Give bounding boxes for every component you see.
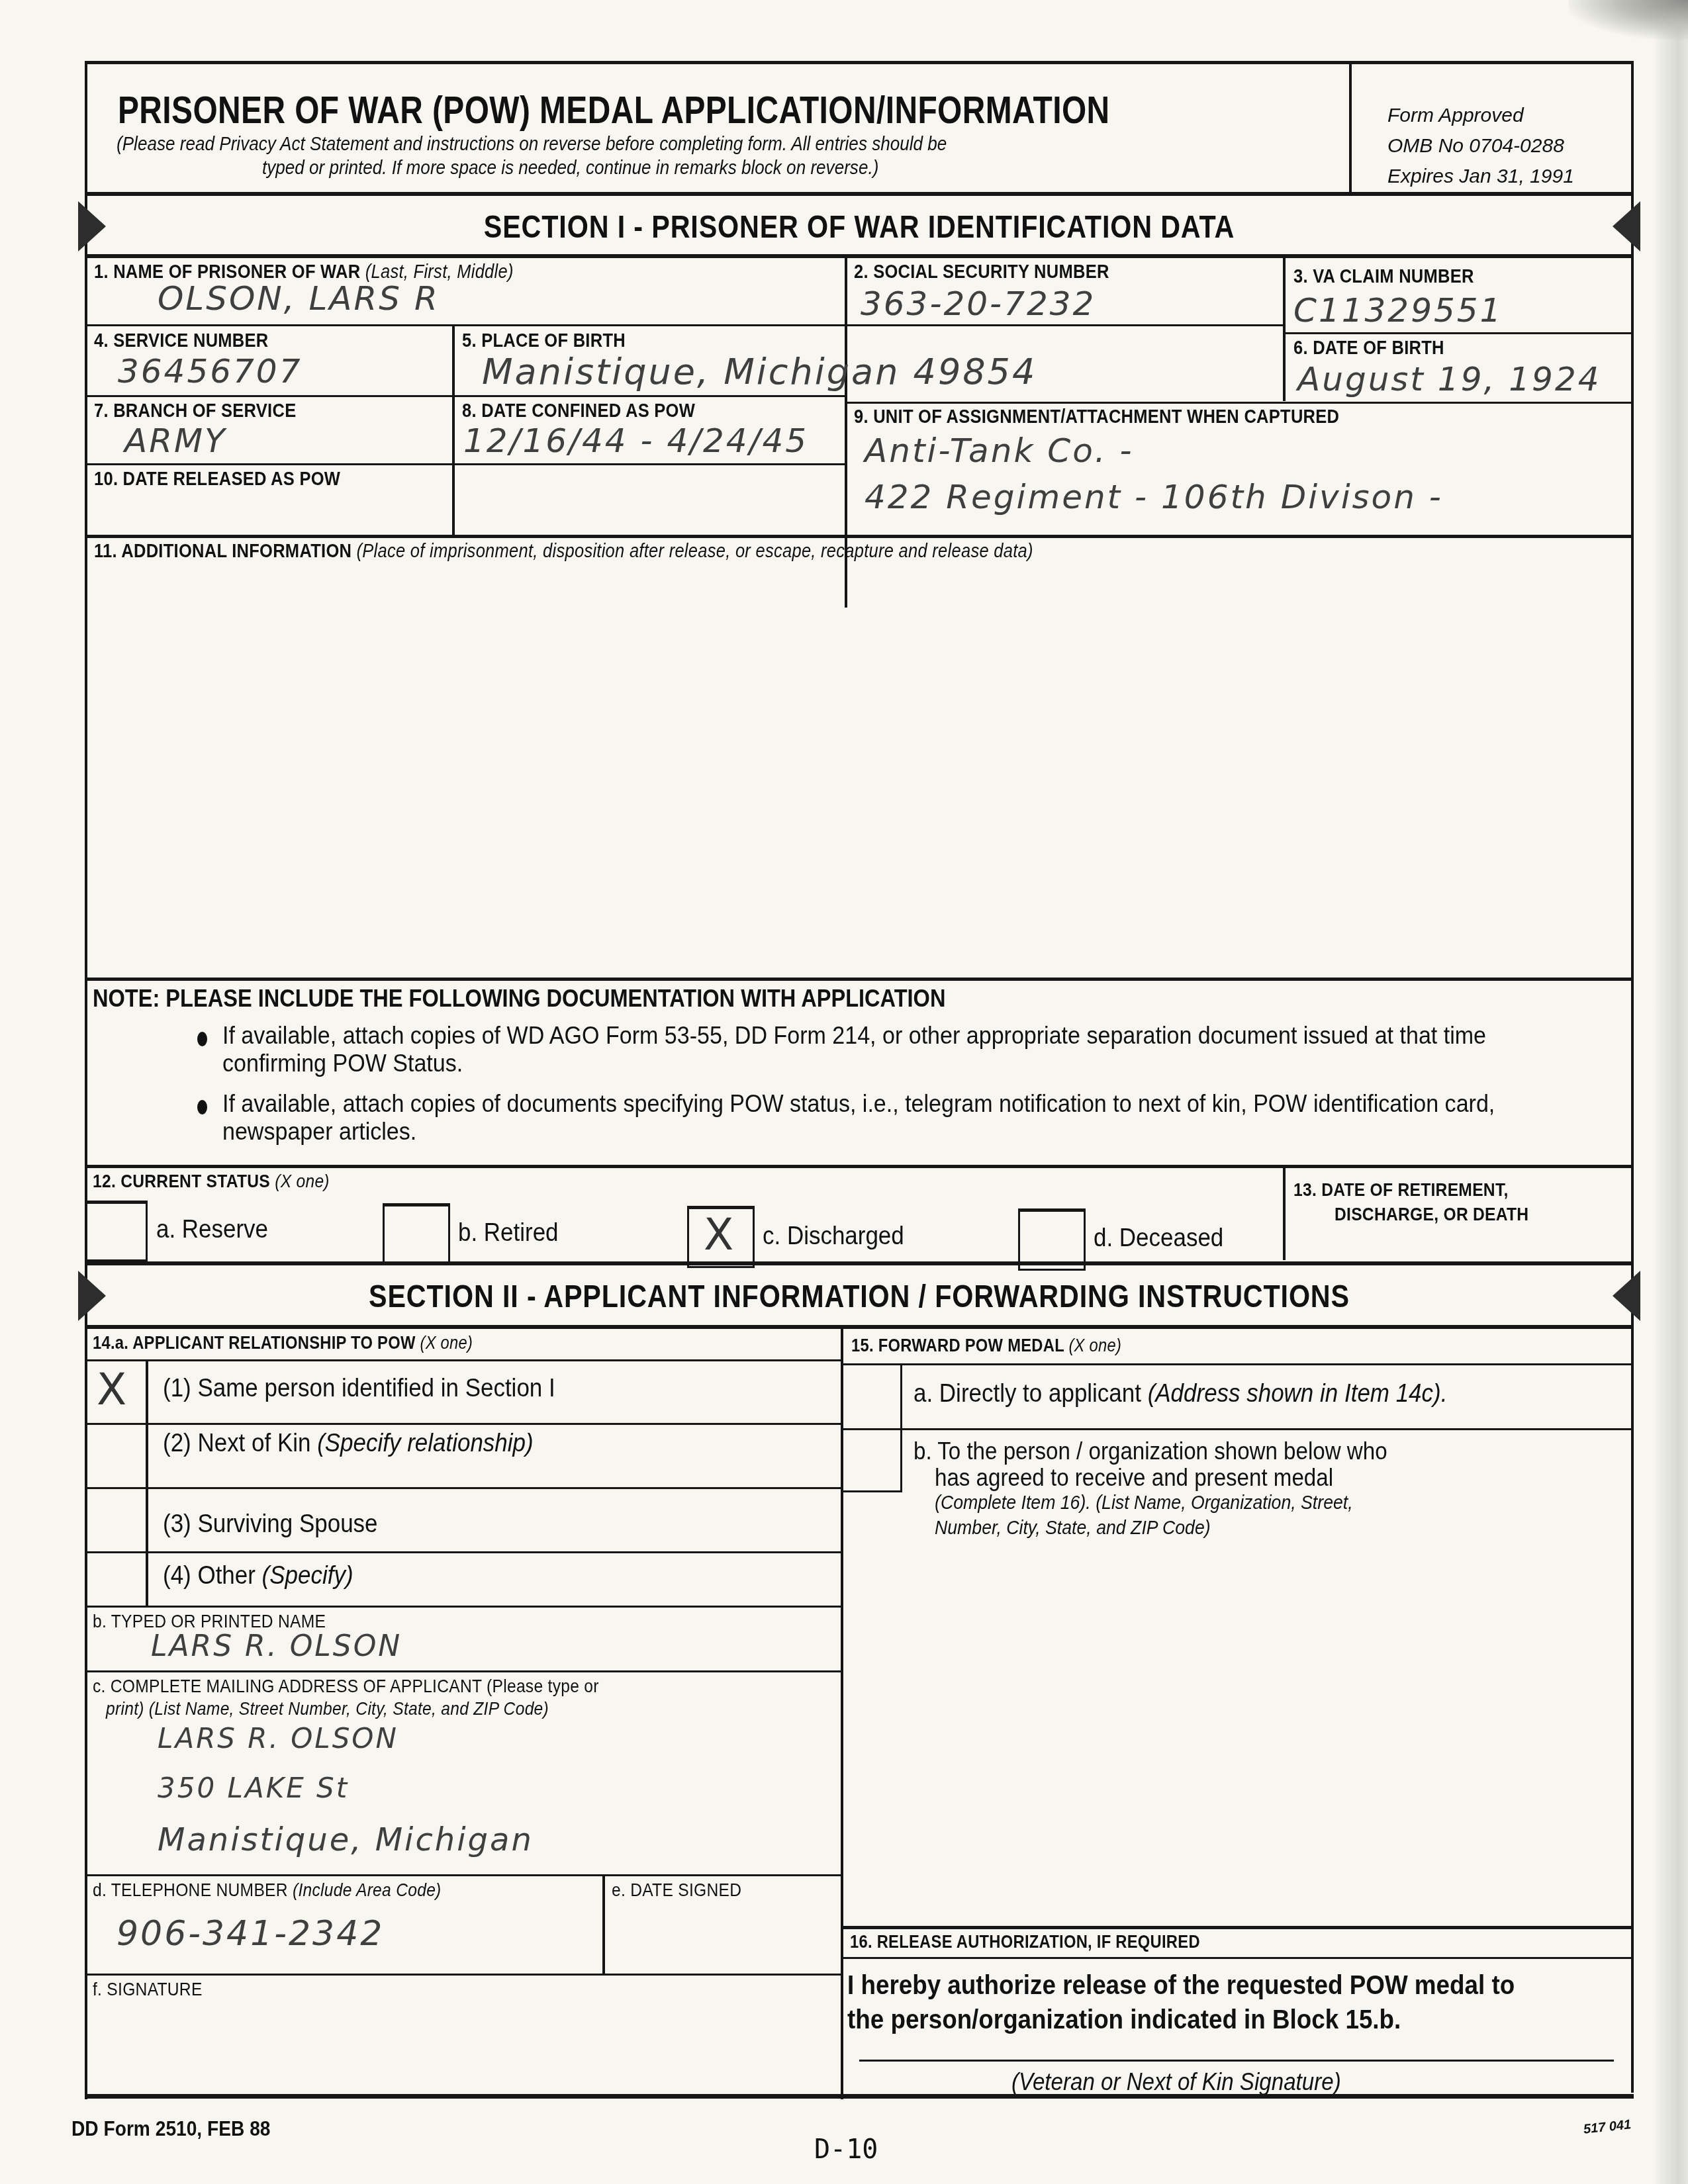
signature-field[interactable] xyxy=(93,2007,834,2086)
divider xyxy=(85,1325,1634,1329)
relationship-same-person-label: (1) Same person identified in Section I xyxy=(163,1375,555,1403)
form-approved-text: Form Approved xyxy=(1387,101,1574,131)
divider xyxy=(85,395,845,397)
forward-to-organization-checkbox[interactable] xyxy=(841,1431,900,1492)
date-confined-label: 8. DATE CONFINED AS POW xyxy=(462,400,695,422)
divider xyxy=(1283,257,1286,401)
form-top-border xyxy=(85,61,1634,64)
divider xyxy=(85,1670,841,1672)
section2-title: SECTION II - APPLICANT INFORMATION / FOR… xyxy=(193,1279,1525,1315)
forward-direct-checkbox[interactable] xyxy=(841,1365,900,1428)
forward-to-organization-label-line2: has agreed to receive and present medal xyxy=(935,1464,1333,1492)
page-label: D-10 xyxy=(814,2134,878,2165)
divider xyxy=(1283,1166,1286,1260)
forward-medal-label: 15. FORWARD POW MEDAL (X one) xyxy=(851,1336,1121,1356)
relationship-label: 14.a. APPLICANT RELATIONSHIP TO POW (X o… xyxy=(93,1333,473,1353)
service-number-field[interactable]: 36456707 xyxy=(118,352,303,390)
divider xyxy=(85,1487,841,1489)
section1-banner: SECTION I - PRISONER OF WAR IDENTIFICATI… xyxy=(85,196,1634,255)
status-retired-label: b. Retired xyxy=(458,1219,559,1248)
current-status-label: 12. CURRENT STATUS (X one) xyxy=(93,1171,330,1192)
checkbox-mark: X xyxy=(704,1209,733,1260)
relationship-next-of-kin-label: (2) Next of Kin (Specify relationship) xyxy=(163,1430,534,1458)
branch-label: 7. BRANCH OF SERVICE xyxy=(94,400,296,422)
unit-field-line1[interactable]: Anti-Tank Co. - xyxy=(865,432,1134,470)
form-bottom-border xyxy=(85,2094,1634,2099)
date-retirement-label-line2: DISCHARGE, OR DEATH xyxy=(1335,1204,1528,1225)
status-retired-checkbox[interactable] xyxy=(383,1203,450,1264)
release-authorization-label: 16. RELEASE AUTHORIZATION, IF REQUIRED xyxy=(850,1932,1200,1952)
status-discharged-checkbox[interactable]: X xyxy=(687,1206,755,1268)
va-claim-field[interactable]: C11329551 xyxy=(1293,291,1503,330)
section1-title: SECTION I - PRISONER OF WAR IDENTIFICATI… xyxy=(193,209,1525,246)
divider xyxy=(85,1606,841,1608)
divider xyxy=(85,254,1634,258)
relationship-other-label: (4) Other (Specify) xyxy=(163,1562,353,1590)
divider xyxy=(85,1551,841,1553)
banner-arrow-right-icon xyxy=(1613,1271,1640,1321)
name-field[interactable]: OLSON, LARS R xyxy=(158,279,440,318)
additional-info-label: 11. ADDITIONAL INFORMATION (Place of imp… xyxy=(94,541,1033,563)
omb-number: OMB No 0704-0288 xyxy=(1387,131,1574,161)
note-bullet-1: If available, attach copies of WD AGO Fo… xyxy=(222,1022,1501,1077)
divider xyxy=(85,978,1634,981)
place-of-birth-label: 5. PLACE OF BIRTH xyxy=(462,330,626,352)
form-left-border xyxy=(85,61,87,2099)
forward-to-organization-label-line1: b. To the person / organization shown be… xyxy=(914,1437,1387,1465)
divider xyxy=(85,1423,841,1425)
mailing-address-line2[interactable]: 350 LAKE St xyxy=(158,1772,349,1804)
date-retirement-field[interactable] xyxy=(1293,1229,1624,1259)
forward-to-organization-hint-line2: Number, City, State, and ZIP Code) xyxy=(935,1516,1211,1541)
form-instructions-line2: typed or printed. If more space is neede… xyxy=(262,158,878,179)
form-instructions-line1: (Please read Privacy Act Statement and i… xyxy=(117,134,947,156)
branch-field[interactable]: ARMY xyxy=(124,422,227,460)
divider xyxy=(85,463,845,465)
section2-banner: SECTION II - APPLICANT INFORMATION / FOR… xyxy=(85,1265,1634,1325)
relationship-spouse-label: (3) Surviving Spouse xyxy=(163,1510,378,1539)
divider xyxy=(845,402,1634,404)
release-signature-caption: (Veteran or Next of Kin Signature) xyxy=(1011,2070,1341,2095)
form-number: DD Form 2510, FEB 88 xyxy=(71,2116,270,2141)
mailing-address-line1[interactable]: LARS R. OLSON xyxy=(158,1722,399,1754)
date-retirement-label-line1: 13. DATE OF RETIREMENT, xyxy=(1293,1179,1509,1201)
mailing-address-label-line1: c. COMPLETE MAILING ADDRESS OF APPLICANT… xyxy=(93,1676,599,1697)
stock-number: 517 041 xyxy=(1583,2117,1632,2137)
divider xyxy=(85,1974,841,1976)
bullet-icon xyxy=(197,1032,207,1046)
divider xyxy=(841,1363,1634,1365)
divider xyxy=(85,1359,841,1361)
release-authorization-text-line2: the person/organization indicated in Blo… xyxy=(847,2001,1401,2038)
unit-label: 9. UNIT OF ASSIGNMENT/ATTACHMENT WHEN CA… xyxy=(854,406,1339,428)
page-corner-shadow xyxy=(1569,0,1688,40)
note-bullet-2: If available, attach copies of documents… xyxy=(222,1090,1501,1146)
forward-direct-label: a. Directly to applicant (Address shown … xyxy=(914,1380,1447,1408)
date-released-field[interactable] xyxy=(94,498,835,534)
date-released-label: 10. DATE RELEASED AS POW xyxy=(94,469,340,490)
status-deceased-label: d. Deceased xyxy=(1094,1224,1223,1253)
page-edge-shadow xyxy=(1655,0,1688,2184)
divider xyxy=(841,1926,1634,1929)
header-divider xyxy=(1349,61,1352,193)
divider xyxy=(602,1876,605,1974)
status-discharged-label: c. Discharged xyxy=(763,1222,904,1251)
status-reserve-checkbox[interactable] xyxy=(85,1201,148,1261)
telephone-label: d. TELEPHONE NUMBER (Include Area Code) xyxy=(93,1880,442,1901)
note-heading: NOTE: PLEASE INCLUDE THE FOLLOWING DOCUM… xyxy=(93,985,945,1013)
printed-name-field[interactable]: LARS R. OLSON xyxy=(151,1629,402,1663)
date-of-birth-field[interactable]: August 19, 1924 xyxy=(1297,360,1601,398)
telephone-field[interactable]: 906-341-2342 xyxy=(117,1914,384,1954)
relationship-other-checkbox[interactable] xyxy=(85,1554,146,1606)
banner-arrow-right-icon xyxy=(1613,201,1640,251)
relationship-next-of-kin-checkbox[interactable] xyxy=(85,1426,146,1486)
release-authorization-text-line1: I hereby authorize release of the reques… xyxy=(847,1967,1515,2004)
form-title: PRISONER OF WAR (POW) MEDAL APPLICATION/… xyxy=(118,89,1110,132)
form-right-border xyxy=(1631,61,1634,2093)
divider xyxy=(85,324,1283,326)
expiration-date: Expires Jan 31, 1991 xyxy=(1387,161,1574,192)
status-reserve-label: a. Reserve xyxy=(156,1216,268,1244)
date-signed-field[interactable] xyxy=(612,1907,830,1967)
signature-label: f. SIGNATURE xyxy=(93,1979,203,2000)
forward-to-organization-hint-line1: (Complete Item 16). (List Name, Organiza… xyxy=(935,1490,1353,1516)
mailing-address-label-line2: print) (List Name, Street Number, City, … xyxy=(106,1698,549,1719)
omb-approval-block: Form Approved OMB No 0704-0288 Expires J… xyxy=(1387,101,1574,192)
additional-info-field[interactable] xyxy=(94,570,1623,974)
ssn-field[interactable]: 363-20-7232 xyxy=(861,285,1096,323)
date-confined-field[interactable]: 12/16/44 - 4/24/45 xyxy=(463,422,808,460)
va-claim-label: 3. VA CLAIM NUMBER xyxy=(1293,266,1474,288)
release-signature-line[interactable] xyxy=(859,2060,1614,2062)
divider xyxy=(85,1874,841,1876)
date-of-birth-label: 6. DATE OF BIRTH xyxy=(1293,338,1444,359)
banner-arrow-left-icon xyxy=(78,1271,106,1321)
divider xyxy=(841,1428,1634,1430)
divider xyxy=(1283,332,1634,334)
date-signed-label: e. DATE SIGNED xyxy=(612,1880,741,1901)
unit-field-line2[interactable]: 422 Regiment - 106th Divison - xyxy=(865,478,1443,516)
divider xyxy=(85,1165,1634,1168)
bullet-icon xyxy=(197,1100,207,1115)
place-of-birth-field[interactable]: Manistique, Michigan 49854 xyxy=(482,351,1037,392)
relationship-same-person-checkbox[interactable]: X xyxy=(85,1361,146,1422)
relationship-spouse-checkbox[interactable] xyxy=(85,1490,146,1551)
divider xyxy=(841,1957,1634,1959)
divider xyxy=(85,535,1634,538)
service-number-label: 4. SERVICE NUMBER xyxy=(94,330,269,352)
pow-medal-form: PRISONER OF WAR (POW) MEDAL APPLICATION/… xyxy=(85,61,1634,2099)
banner-arrow-left-icon xyxy=(78,201,106,251)
forward-recipient-field[interactable] xyxy=(853,1550,1627,1921)
ssn-label: 2. SOCIAL SECURITY NUMBER xyxy=(854,261,1109,283)
mailing-address-line3[interactable]: Manistique, Michigan xyxy=(158,1821,534,1858)
checkbox-mark: X xyxy=(97,1364,126,1415)
divider xyxy=(146,1361,148,1606)
